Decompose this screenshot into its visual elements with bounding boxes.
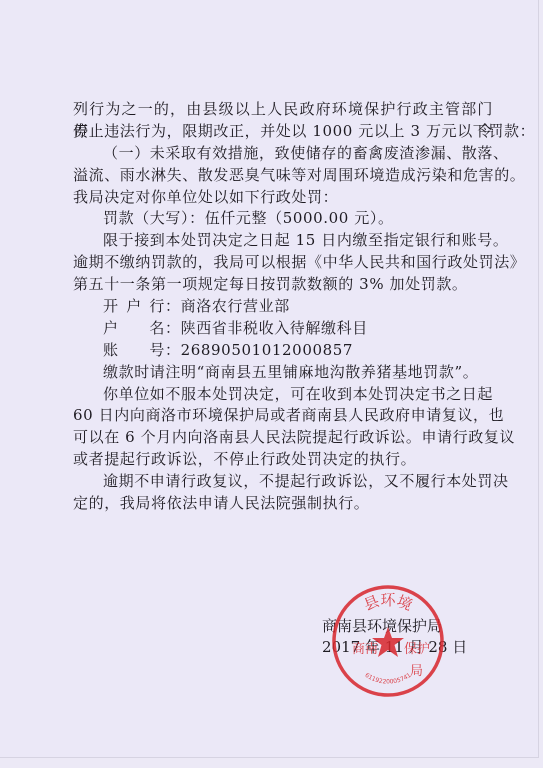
text-line: 第五十一条第一项规定每日按罚款数额的 3% 加处罚款。 xyxy=(73,274,493,296)
svg-text:县环境: 县环境 xyxy=(361,591,415,614)
issue-date: 2017 年 11 月 28 日 xyxy=(322,637,467,658)
account-name-value: 陕西省非税收入待解缴科目 xyxy=(181,319,368,337)
text-line: 定的，我局将依法申请人民法院强制执行。 xyxy=(73,493,493,515)
text-line: 溢流、雨水淋失、散发恶臭气味等对周围环境造成污染和危害的。 xyxy=(73,165,493,187)
text-line: 逾期不缴纳罚款的，我局可以根据《中华人民共和国行政处罚法》 xyxy=(73,252,493,274)
text-line: 你单位如不服本处罚决定，可在收到本处罚决定书之日起 xyxy=(73,384,493,406)
seal-bottom-text: 局 xyxy=(410,664,423,679)
account-name-row: 户名：陕西省非税收入待解缴科目 xyxy=(73,318,493,340)
bank-row: 开户行：商洛农行营业部 xyxy=(73,296,493,318)
document-page: 列行为之一的，由县级以上人民政府环境保护行政主管部门责令 停止违法行为，限期改正… xyxy=(0,0,539,758)
seal-serial: 6119220005741 xyxy=(364,672,413,686)
text-line: 逾期不申请行政复议，不提起行政诉讼，又不履行本处罚决 xyxy=(73,471,493,493)
colon: ： xyxy=(165,319,181,337)
text-line: 限于接到本处罚决定之日起 15 日内缴至指定银行和账号。 xyxy=(73,230,493,252)
bank-label: 开户行 xyxy=(103,296,165,318)
seal-top-text: 县环境 xyxy=(361,591,415,614)
text-line: 列行为之一的，由县级以上人民政府环境保护行政主管部门责令 xyxy=(73,99,493,121)
bank-value: 商洛农行营业部 xyxy=(181,297,290,315)
document-body: 列行为之一的，由县级以上人民政府环境保护行政主管部门责令 停止违法行为，限期改正… xyxy=(73,99,493,515)
account-number-value: 26890501012000857 xyxy=(181,341,353,359)
text-line: 或者提起行政诉讼，不停止行政处罚决定的执行。 xyxy=(73,449,493,471)
colon: ： xyxy=(165,297,181,315)
text-line: 停止违法行为，限期改正，并处以 1000 元以上 3 万元以下罚款： xyxy=(73,121,493,143)
svg-text:6119220005741: 6119220005741 xyxy=(364,672,413,686)
payment-note: 缴款时请注明“商南县五里铺麻地沟散养猪基地罚款”。 xyxy=(73,362,493,384)
text-line: 我局决定对你单位处以如下行政处罚： xyxy=(73,187,493,209)
signature-block: 商南县环境保护局 2017 年 11 月 28 日 xyxy=(322,616,467,658)
account-number-row: 账号：26890501012000857 xyxy=(73,340,493,362)
text-line: 可以在 6 个月内向洛南县人民法院提起行政诉讼。申请行政复议 xyxy=(73,427,493,449)
colon: ： xyxy=(165,341,181,359)
issuer-name: 商南县环境保护局 xyxy=(322,616,467,637)
account-number-label: 账号 xyxy=(103,340,165,362)
text-line: （一）未采取有效措施，致使储存的畜禽废渣渗漏、散落、 xyxy=(73,143,493,165)
fine-amount: 罚款（大写）：伍仟元整（5000.00 元）。 xyxy=(73,208,493,230)
account-name-label: 户名 xyxy=(103,318,165,340)
text-line: 60 日内向商洛市环境保护局或者商南县人民政府申请复议，也 xyxy=(73,405,493,427)
